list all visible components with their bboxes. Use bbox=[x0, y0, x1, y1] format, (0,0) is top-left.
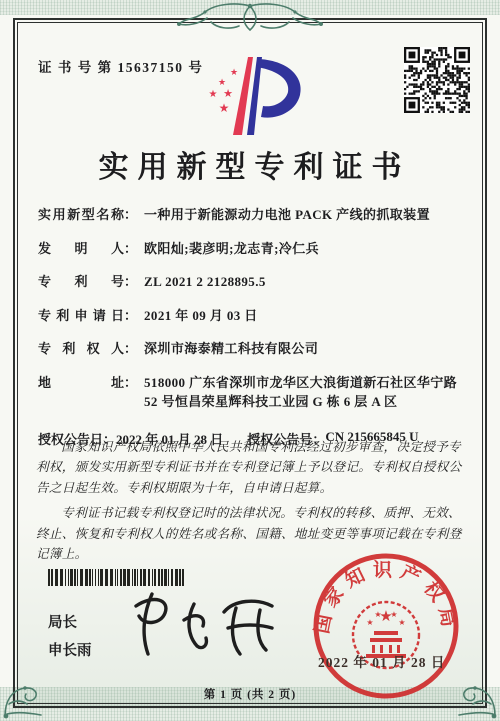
svg-text:★: ★ bbox=[374, 610, 381, 619]
patent-certificate-page: 证 书 号 第 15637150 号 ★ ★ ★ ★ ★ 实用新 bbox=[0, 0, 500, 721]
director-signature bbox=[122, 586, 287, 661]
field-label: 实用新型名称 bbox=[38, 205, 124, 225]
field-list: 实用新型名称： 一种用于新能源动力电池 PACK 产线的抓取装置 发明人： 欧阳… bbox=[38, 205, 472, 448]
field-row-patentee: 专利权人： 深圳市海泰精工科技有限公司 bbox=[38, 339, 472, 359]
legal-text: 国家知识产权局依照中华人民共和国专利法经过初步审查，决定授予专利权，颁发实用新型… bbox=[36, 437, 472, 569]
legal-paragraph-1: 国家知识产权局依照中华人民共和国专利法经过初步审查，决定授予专利权，颁发实用新型… bbox=[36, 437, 472, 498]
qr-code bbox=[404, 47, 470, 113]
director-block: 局长 申长雨 bbox=[48, 610, 92, 665]
field-row-address: 地址： 518000 广东省深圳市龙华区大浪街道新石社区华宁路 52 号恒昌荣星… bbox=[38, 373, 472, 412]
field-value: 一种用于新能源动力电池 PACK 产线的抓取装置 bbox=[144, 205, 472, 225]
seal-date: 2022 年 01 月 28 日 bbox=[318, 651, 445, 671]
field-value: 欧阳灿;裴彦明;龙志青;冷仁兵 bbox=[144, 239, 472, 259]
svg-text:★: ★ bbox=[230, 68, 238, 78]
official-seal: 国家知识产权局 ★ ★ ★ ★ ★ bbox=[311, 551, 461, 701]
director-name: 申长雨 bbox=[48, 638, 92, 666]
field-label: 专利号 bbox=[38, 272, 124, 292]
cnipa-logo-icon: ★ ★ ★ ★ ★ bbox=[201, 50, 307, 140]
field-label: 地址 bbox=[38, 373, 124, 393]
field-value: ZL 2021 2 2128895.5 bbox=[144, 272, 472, 292]
field-value: 518000 广东省深圳市龙华区大浪街道新石社区华宁路 52 号恒昌荣星辉科技工… bbox=[144, 373, 472, 412]
field-row-patent-number: 专利号： ZL 2021 2 2128895.5 bbox=[38, 272, 472, 292]
svg-text:★: ★ bbox=[223, 87, 233, 100]
certificate-number: 证 书 号 第 15637150 号 bbox=[38, 56, 203, 76]
svg-text:★: ★ bbox=[390, 610, 397, 619]
page-number: 第 1 页 (共 2 页) bbox=[0, 686, 500, 702]
svg-text:★: ★ bbox=[398, 618, 405, 627]
field-label: 专利权人 bbox=[38, 339, 124, 359]
field-value: 深圳市海泰精工科技有限公司 bbox=[144, 339, 472, 359]
barcode bbox=[48, 569, 190, 586]
floral-ornament-icon bbox=[155, 0, 345, 34]
director-title: 局长 bbox=[48, 610, 92, 638]
field-row-name: 实用新型名称： 一种用于新能源动力电池 PACK 产线的抓取装置 bbox=[38, 205, 472, 225]
svg-text:★: ★ bbox=[219, 101, 230, 115]
field-value: 2021 年 09 月 03 日 bbox=[144, 306, 472, 326]
certificate-title: 实用新型专利证书 bbox=[0, 142, 500, 186]
svg-text:★: ★ bbox=[366, 618, 373, 627]
field-label: 发明人 bbox=[38, 239, 124, 259]
field-row-inventors: 发明人： 欧阳灿;裴彦明;龙志青;冷仁兵 bbox=[38, 239, 472, 259]
field-row-filing-date: 专利申请日： 2021 年 09 月 03 日 bbox=[38, 306, 472, 326]
field-label: 专利申请日 bbox=[38, 306, 124, 326]
svg-text:★: ★ bbox=[209, 89, 218, 100]
